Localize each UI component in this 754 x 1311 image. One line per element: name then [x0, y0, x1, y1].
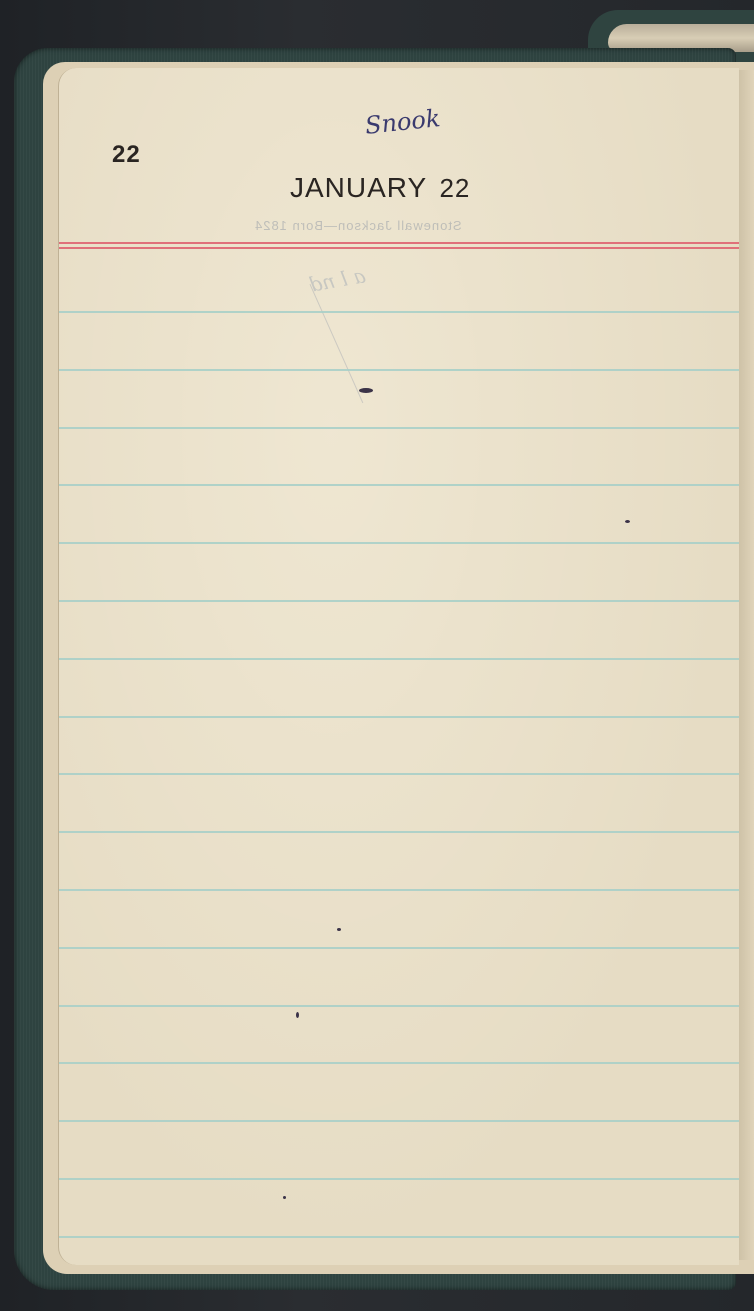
- blue-rule: [59, 947, 739, 949]
- blue-rule: [59, 658, 739, 660]
- ink-speck: [625, 520, 630, 523]
- blue-rule: [59, 1062, 739, 1064]
- blue-rule: [59, 1236, 739, 1238]
- blue-rule: [59, 1178, 739, 1180]
- red-rule-bottom: [59, 247, 739, 249]
- diary-page: Stonewall Jackson—Born 1824 a l nd 22 Sn…: [58, 68, 739, 1265]
- blue-rule: [59, 1120, 739, 1122]
- blue-rule: [59, 1005, 739, 1007]
- ink-speck: [283, 1196, 286, 1199]
- blue-rule: [59, 427, 739, 429]
- ink-blot: [359, 388, 373, 393]
- ink-speck: [337, 928, 341, 931]
- red-rule-top: [59, 242, 739, 244]
- blue-rule: [59, 831, 739, 833]
- blue-rule: [59, 716, 739, 718]
- blue-rule: [59, 773, 739, 775]
- date-day: 22: [439, 173, 470, 203]
- blue-rule: [59, 600, 739, 602]
- blue-rule: [59, 311, 739, 313]
- blue-rule: [59, 369, 739, 371]
- blue-rule: [59, 484, 739, 486]
- ink-speck: [296, 1012, 299, 1018]
- blue-rule: [59, 889, 739, 891]
- date-month: JANUARY: [290, 172, 427, 203]
- blue-rule: [59, 542, 739, 544]
- page-number: 22: [112, 141, 141, 169]
- date-heading: JANUARY 22: [290, 172, 470, 204]
